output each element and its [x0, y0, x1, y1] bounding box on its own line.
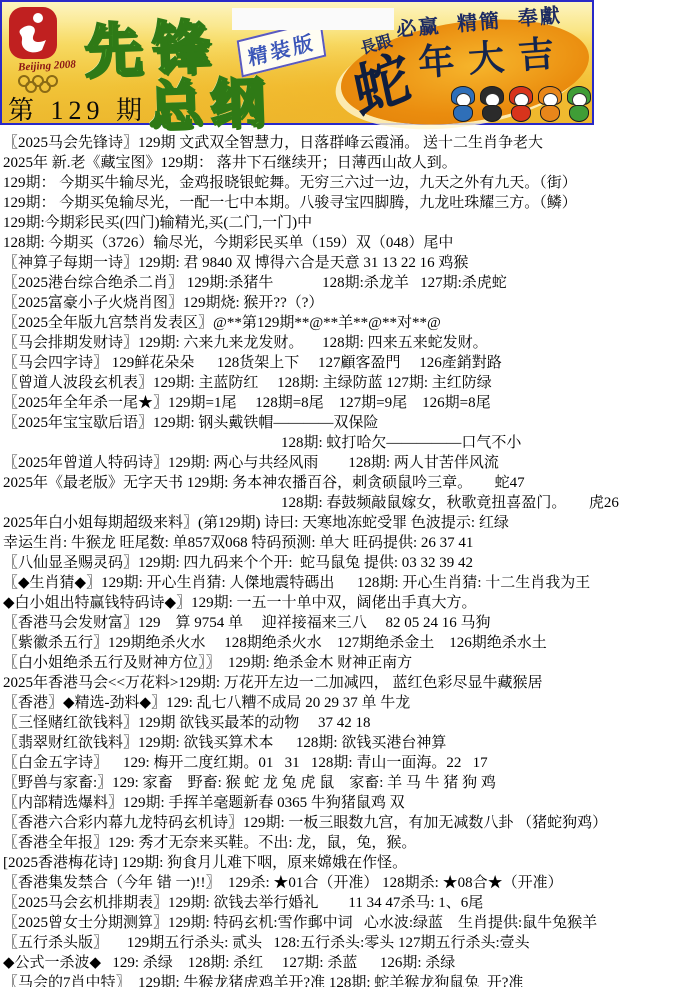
text-line: 129期:今期彩民买(四门)输精光,买(二门,一门)中: [3, 213, 688, 233]
text-line: 〖白金五字诗〗 129: 梅开二度红期。01 31 128期: 青山一面海。22…: [3, 753, 688, 773]
text-line: 〖2025港台综合绝杀二肖〗 129期:杀猪牛 128期:杀龙羊 127期:杀虎…: [3, 273, 688, 293]
text-line: ◆白小姐出特赢钱特码诗◆〗129期: 一五一十单中双，阔佬出手真大方。: [3, 593, 688, 613]
fuwa-nini-icon: [566, 86, 592, 122]
text-line: [2025香港梅花诗] 129期: 狗食月儿难下咽，原来嫦娥在作怪。: [3, 853, 688, 873]
text-line: 〖野兽与家畜:〗129: 家畜 野畜: 猴 蛇 龙 兔 虎 鼠 家畜: 羊 马 …: [3, 773, 688, 793]
text-line: 2025年《最老版》无字天书 129期: 务本神农播百谷，刺贪硕鼠吟三章。 蛇4…: [3, 473, 688, 493]
fuwa-mascots-row: [450, 86, 592, 122]
text-line: 〖2025马会玄机排期表〗129期: 欲钱去举行婚礼 11 34 47杀马: 1…: [3, 893, 688, 913]
fuwa-jingjing-icon: [479, 86, 505, 122]
text-line: 〖五行杀头版〗 129期五行杀头: 贰头 128:五行杀头:零头 127期五行杀…: [3, 933, 688, 953]
text-line: 129期： 今期买牛输尽光，金鸡报晓银蛇舞。无穷三六过一边，九天之外有九天。（街…: [3, 173, 688, 193]
text-line: 〖2025曾女士分期测算〗129期: 特码玄机:雪作郵中词 心水波:绿蓝 生肖提…: [3, 913, 688, 933]
text-line: 128期: 今期买（3726）输尽光，今期彩民买单（159）双（048）尾中: [3, 233, 688, 253]
text-line: 〖紫徽杀五行〗129期绝杀火水 128期绝杀火水 127期绝杀金土 126期绝杀…: [3, 633, 688, 653]
text-line: 〖2025马会先锋诗〗129期 文武双全智慧力，日落群峰云霞涌。 送十二生肖争老…: [3, 133, 688, 153]
text-line: 〖◆生肖猜◆〗129期: 开心生肖猜: 人傑地震特碼出 128期: 开心生肖猜:…: [3, 573, 688, 593]
text-line: 〖2025年全年杀一尾★〗129期=1尾 128期=8尾 127期=9尾 126…: [3, 393, 688, 413]
text-line: 〖香港〗◆精选-劲料◆〗129: 乱七八糟不成局 20 29 37 单 牛龙: [3, 693, 688, 713]
fuwa-beibei-icon: [450, 86, 476, 122]
text-line: 129期： 今期买兔输尽光，一配一七中本期。八骏寻宝四脚腾，九龙吐珠耀三方。（鳞…: [3, 193, 688, 213]
text-line: 〖香港马会发财富〗129 算 9754 单 迎祥接福来三八 82 05 24 1…: [3, 613, 688, 633]
beijing-2008-wordmark: Beijing 2008: [4, 58, 91, 74]
blank-censor-box: [232, 8, 394, 30]
text-line: 128期: 春鼓频敲鼠嫁女，秋歌竟扭喜盈门。 虎26: [3, 493, 688, 513]
text-line: 〖三怪赌红欲钱料〗129期 欲钱买最苯的动物 37 42 18: [3, 713, 688, 733]
issue-number: 第 129 期: [8, 90, 147, 127]
text-line: 128期: 蚊打哈欠—————口气不小: [3, 433, 688, 453]
fuwa-huanhuan-icon: [508, 86, 534, 122]
text-line: 〖八仙显圣赐灵码〗129期: 四九码来个个开: 蛇马鼠兔 提供: 03 32 3…: [3, 553, 688, 573]
text-line: 〖2025全年版九宫禁肖发表区〗@**第129期**@**羊**@**对**@: [3, 313, 688, 333]
text-line: 2025年白小姐每期超级来料〗(第129期) 诗曰: 天寒地冻蛇受罪 色波提示:…: [3, 513, 688, 533]
text-line: ◆公式一杀波◆ 129: 杀绿 128期: 杀红 127期: 杀蓝 126期: …: [3, 953, 688, 973]
lottery-tip-sheet: { "header": { "brand": "Beijing 2008", "…: [0, 0, 688, 987]
text-line: 〖神算子每期一诗〗129期: 君 9840 双 博得六合是天意 31 13 22…: [3, 253, 688, 273]
tips-text-block: 〖2025马会先锋诗〗129期 文武双全智慧力，日落群峰云霞涌。 送十二生肖争老…: [3, 133, 688, 987]
text-line: 〖2025年宝宝歇后语〗129期: 钢头戴铁帽————双保险: [3, 413, 688, 433]
text-line: 〖内部精选爆料〗129期: 手挥羊毫题新春 0365 牛狗猪鼠鸡 双: [3, 793, 688, 813]
masthead-banner: Beijing 2008 先锋 总纲 第 129 期 精装版 必赢 精簡 奉獻 …: [0, 0, 594, 125]
fuwa-yingying-icon: [537, 86, 563, 122]
text-line: 〖曾道人波段玄机表〗129期: 主蓝防红 128期: 主绿防蓝 127期: 主红…: [3, 373, 688, 393]
text-line: 〖香港六合彩内幕九龙特码玄机诗〗129期: 一板三眼数九宫，有加无减数八卦 （猪…: [3, 813, 688, 833]
text-line: 〖2025年曾道人特码诗〗129期: 两心与共经风雨 128期: 两人甘苦伴风流: [3, 453, 688, 473]
text-line: 2025年香港马会<<万花料>129期: 万花开左边一二加减四， 蓝红色彩尽显牛…: [3, 673, 688, 693]
text-line: 〖2025富豪小子火烧肖图〗129期烧: 猴开??（?）: [3, 293, 688, 313]
text-line: 〖香港全年报〗129: 秀才无奈来买鞋。不出: 龙，鼠，兔，猴。: [3, 833, 688, 853]
text-line: 〖翡翠财红欲钱料〗129期: 欲钱买算术本 128期: 欲钱买港台神算: [3, 733, 688, 753]
text-line: 〖白小姐绝杀五行及财神方位〗〗 129期: 绝杀金木 财神正南方: [3, 653, 688, 673]
text-line: 〖马会的7肖中特〗 129期: 牛猴龙猪虎鸡羊开?准 128期: 蛇羊猴龙狗鼠兔…: [3, 973, 688, 987]
text-line: 〖马会排期发财诗〗129期: 六来九来龙发财。 128期: 四来五来蛇发财。: [3, 333, 688, 353]
text-line: 〖香港集发禁合（今年 错 一)!!〗 129杀: ★01合（开准） 128期杀:…: [3, 873, 688, 893]
text-line: 2025年 新.老《藏宝图》129期： 落井下石继续开；日薄西山故人到。: [3, 153, 688, 173]
text-line: 〖马会四字诗〗 129鲜花朵朵 128货架上下 127顧客盈門 126產銷對路: [3, 353, 688, 373]
text-line: 幸运生肖: 牛猴龙 旺尾数: 单857双068 特码预测: 单大 旺码提供: 2…: [3, 533, 688, 553]
